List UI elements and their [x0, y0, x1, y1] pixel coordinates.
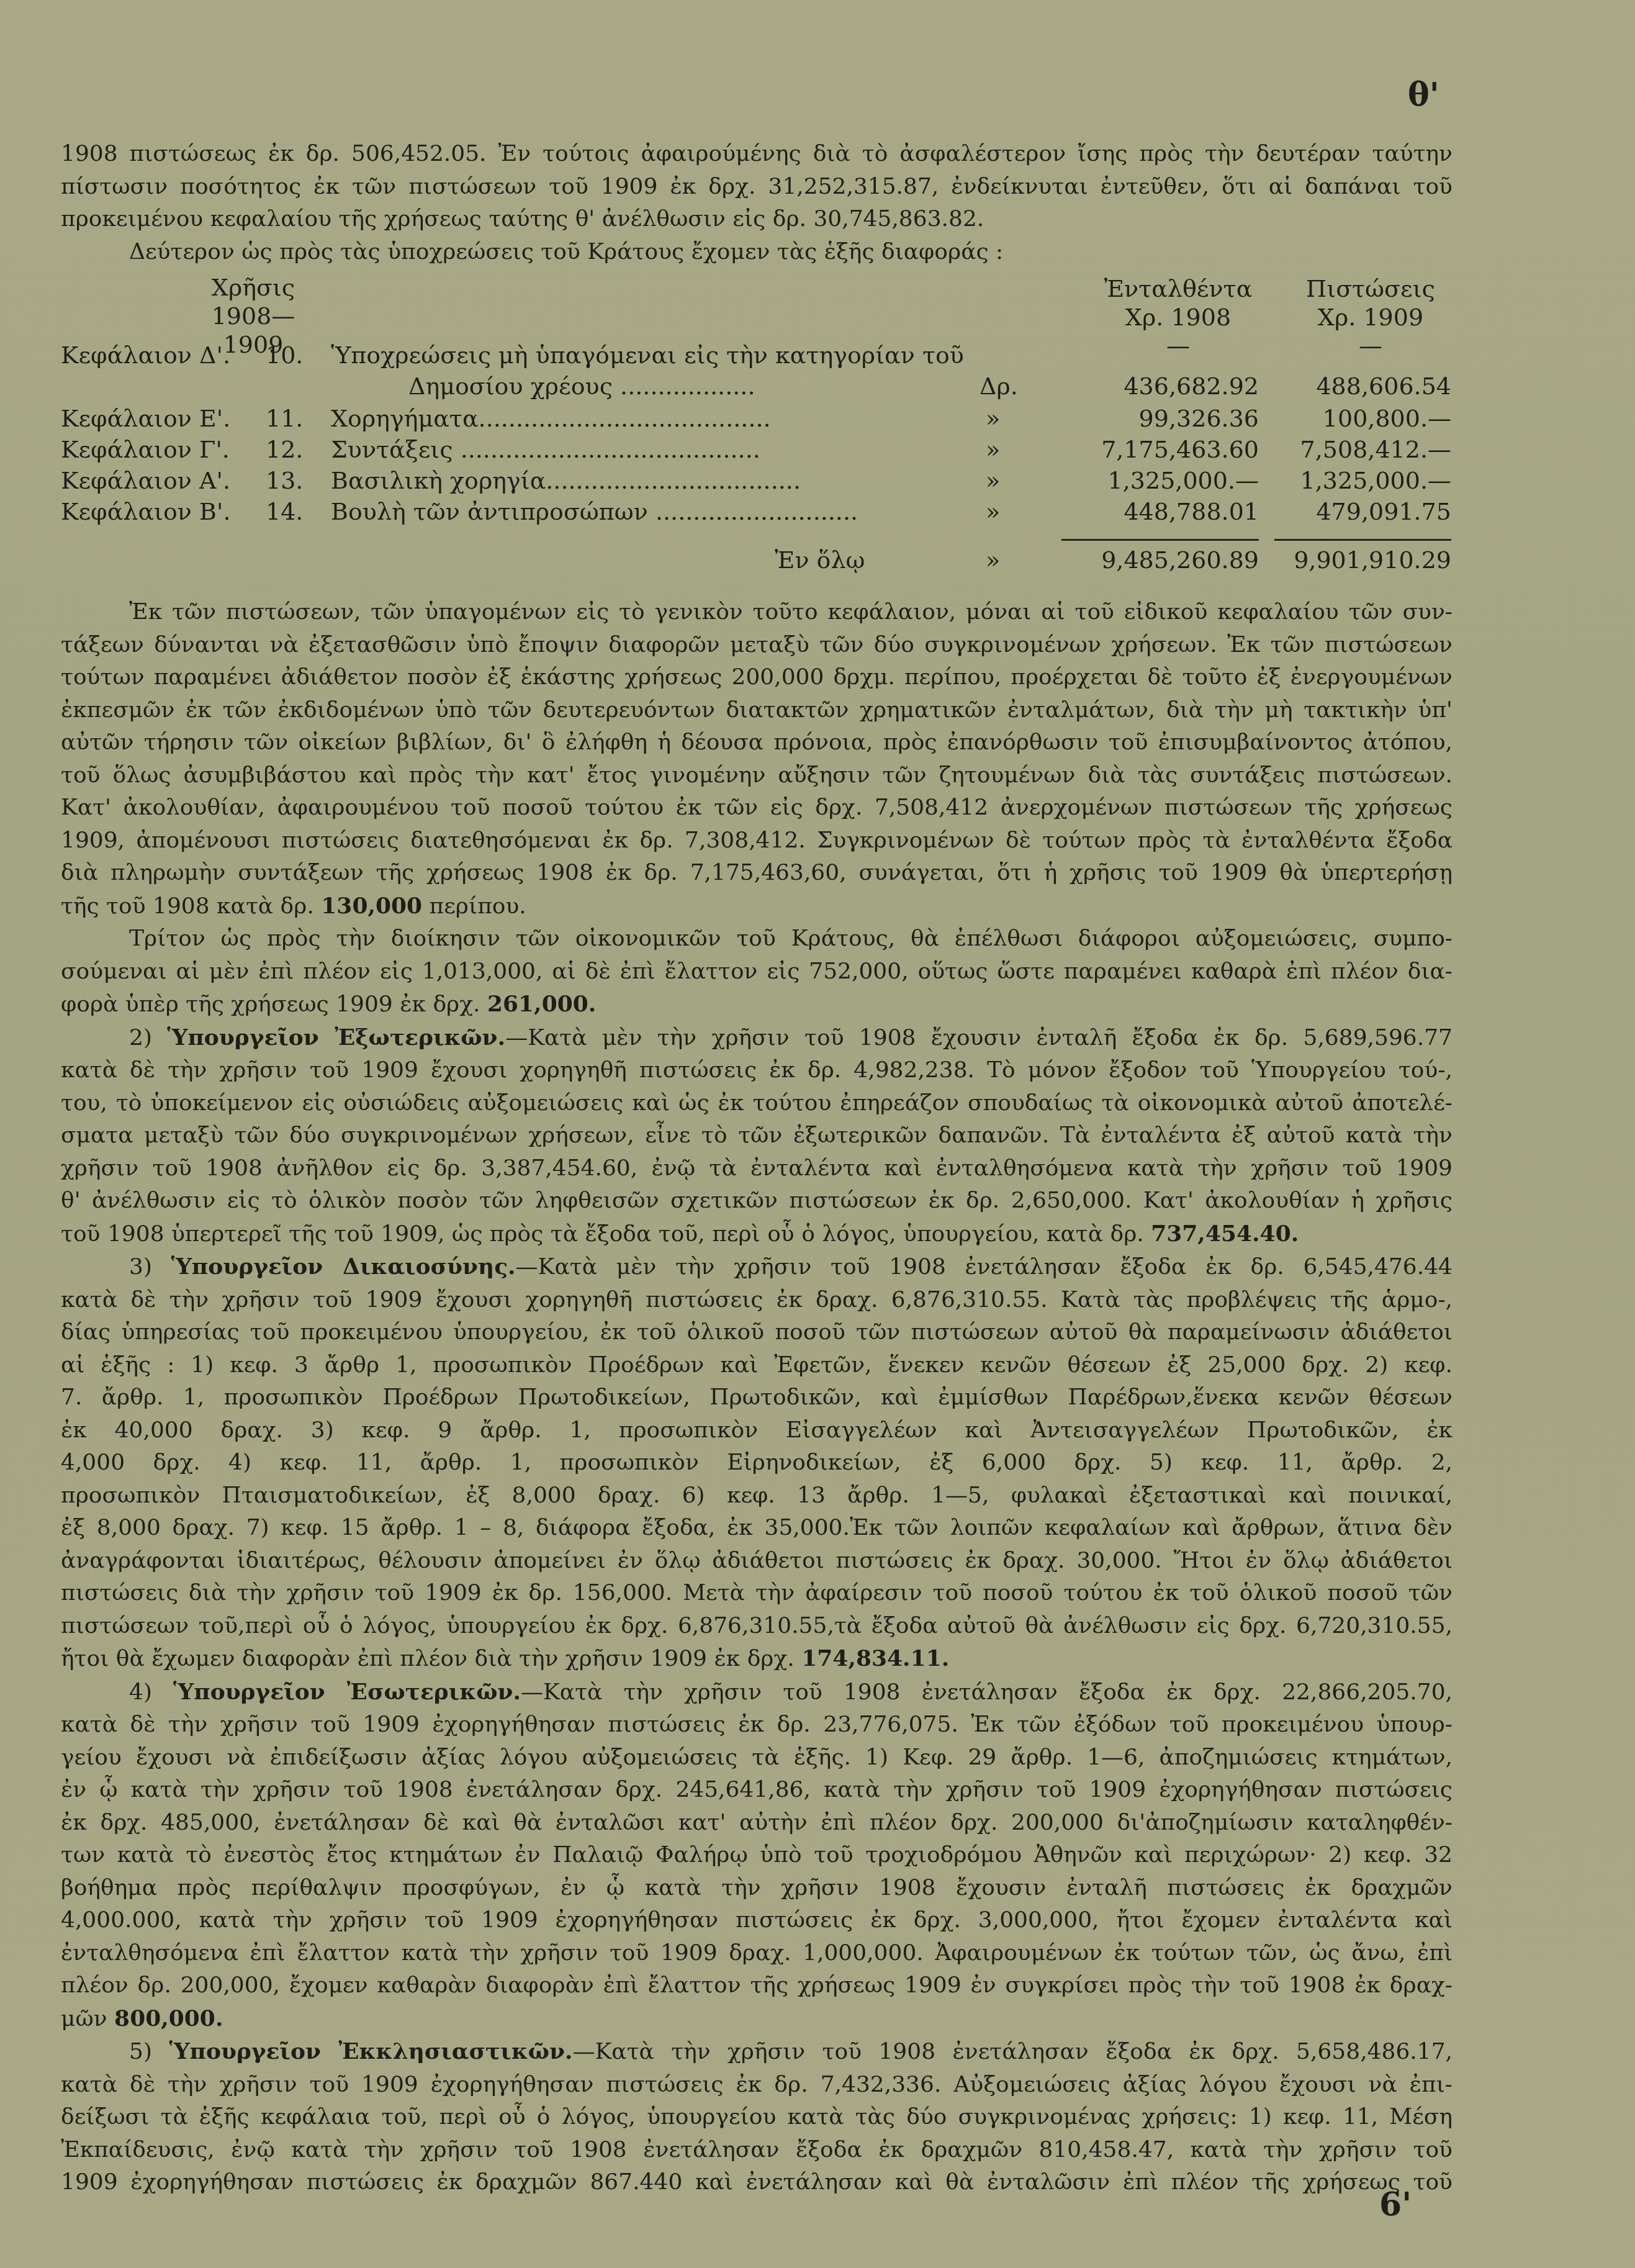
paragraph-line: γείου ἔχουσι νὰ ἐπιδείξωσιν ἀξίας λόγου … [61, 1742, 1453, 1774]
paragraph-line: ἐνταλθησόμενα ἐπὶ ἔλαττον κατὰ τὴν χρῆσι… [61, 1937, 1453, 1970]
paragraph-line: ἐκπεσμῶν ἐκ τῶν ἐκδιδομένων ὑπὸ τῶν δευτ… [61, 694, 1453, 727]
obligations-table: Χρῆσις 1908—1909 Ἐνταλθέντα Χρ. 1908 — Π… [61, 272, 1453, 564]
bold-amount: 800,000. [114, 2005, 223, 2031]
paragraph-line: τούτων παραμένει ἀδιάθετον ποσὸν ἐξ ἑκάσ… [61, 661, 1453, 694]
page-signature-bottom: 6' [1379, 2185, 1412, 2223]
paragraph-line: κατὰ δὲ τὴν χρῆσιν τοῦ 1909 ἐχορηγήθησαν… [61, 2069, 1453, 2102]
paragraph-line: Κατ' ἀκολουθίαν, ἀφαιρουμένου τοῦ ποσοῦ … [61, 792, 1453, 825]
paragraph-line: ἐκ 40,000 δραχ. 3) κεφ. 9 ἄρθρ. 1, προσω… [61, 1414, 1453, 1447]
paragraph-line: σματα μεταξὺ τῶν δύο συγκρινομένων χρήσε… [61, 1119, 1453, 1152]
intro-line: Δεύτερον ὡς πρὸς τὰς ὑποχρεώσεις τοῦ Κρά… [61, 236, 1453, 269]
paragraph-line: 1909 ἐχορηγήθησαν πιστώσεις ἐκ δραχμῶν 8… [61, 2166, 1453, 2199]
table-row-continuation: Δημοσίου χρέους .................. Δρ. 4… [61, 370, 1453, 402]
paragraph-line: Ἐκπαίδευσις, ἐνῷ κατὰ τὴν χρῆσιν τοῦ 190… [61, 2134, 1453, 2167]
sum-rule-b [1274, 539, 1451, 541]
bold-amount: 174,834.11. [801, 1645, 949, 1671]
paragraph-line: του, τὸ ὑποκείμενον εἰς οὐσιώδεις αὐξομε… [61, 1087, 1453, 1120]
section-heading-line: 2) Ὑπουργεῖον Ἐξωτερικῶν.—Κατὰ μὲν τὴν χ… [61, 1021, 1453, 1055]
paragraph-line: τῆς τοῦ 1908 κατὰ δρ. 130,000 περίπου. [61, 890, 1453, 923]
section-title: Ὑπουργεῖον Δικαιοσύνης. [171, 1254, 516, 1280]
intro-line: προκειμένου κεφαλαίου τῆς χρήσεως ταύτης… [61, 203, 1453, 236]
bold-amount: 737,454.40. [1151, 1221, 1299, 1247]
section-title: Ὑπουργεῖον Ἐξωτερικῶν. [167, 1024, 505, 1050]
paragraph-line: τοῦ 1908 ὑπερτερεῖ τῆς τοῦ 1909, ὡς πρὸς… [61, 1218, 1453, 1251]
page-signature-top: θ' [1408, 76, 1439, 114]
paragraph-line: τοῦ ὅλως ἀσυμβιβάστου καὶ πρὸς τὴν κατ' … [61, 759, 1453, 792]
paragraph-line: θ' ἀνέλθωσιν εἰς τὸ ὁλικὸν ποσὸν τῶν ληφ… [61, 1185, 1453, 1218]
paragraph-line: πλέον δρ. 200,000, ἔχομεν καθαρὰν διαφορ… [61, 1969, 1453, 2002]
bold-amount: 261,000. [487, 991, 596, 1017]
intro-line: πίστωσιν ποσότητος ἐκ τῶν πιστώσεων τοῦ … [61, 171, 1453, 204]
paragraph-line: 7. ἄρθρ. 1, προσωπικὸν Προέδρων Πρωτοδικ… [61, 1381, 1453, 1414]
bold-amount: 130,000 [321, 893, 422, 919]
paragraph-line: διὰ πληρωμὴν συντάξεων τῆς χρήσεως 1908 … [61, 857, 1453, 890]
paragraph-line: κατὰ δὲ τὴν χρῆσιν τοῦ 1909 ἔχουσι χορηγ… [61, 1284, 1453, 1317]
section-title: Ὑπουργεῖον Ἐσωτερικῶν. [173, 1679, 521, 1705]
table-row: Κεφάλαιον Ε'. 11. Χορηγήματα............… [61, 402, 1453, 435]
section-title: Ὑπουργεῖον Ἐκκλησιαστικῶν. [169, 2038, 572, 2064]
paragraph-line: κατὰ δὲ τὴν χρῆσιν τοῦ 1909 ἐχορηγήθησαν… [61, 1709, 1453, 1742]
document-page: θ' 1908 πιστώσεως ἐκ δρ. 506,452.05. Ἐν … [0, 0, 1635, 2268]
paragraph-line: ἐκ δρχ. 485,000, ἐνετάλησαν δὲ καὶ θὰ ἐν… [61, 1807, 1453, 1840]
paragraph-line: χρῆσιν τοῦ 1908 ἀνῆλθον εἰς δρ. 3,387,45… [61, 1152, 1453, 1185]
paragraph-line: Ἐκ τῶν πιστώσεων, τῶν ὑπαγομένων εἰς τὸ … [61, 596, 1453, 629]
section-heading-line: 3) Ὑπουργεῖον Δικαιοσύνης.—Κατὰ μὲν τὴν … [61, 1250, 1453, 1284]
paragraph-line: αἱ ἑξῆς : 1) κεφ. 3 ἄρθρ 1, προσωπικὸν Π… [61, 1349, 1453, 1382]
table-row: Κεφάλαιον Β'. 14. Βουλὴ τῶν ἀντιπροσώπων… [61, 495, 1453, 528]
paragraph-line: πιστώσεις διὰ τὴν χρῆσιν τοῦ 1909 ἐκ δρ.… [61, 1577, 1453, 1610]
paragraph-line: Τρίτον ὡς πρὸς τὴν διοίκησιν τῶν οἰκονομ… [61, 923, 1453, 956]
table-row: Κεφάλαιον Δ'. 10. Ὑποχρεώσεις μὴ ὑπαγόμε… [61, 339, 1453, 371]
paragraph-line: πιστώσεων τοῦ,περὶ οὗ ὁ λόγος, ὑπουργείο… [61, 1610, 1453, 1643]
paragraph-line: κατὰ δὲ τὴν χρῆσιν τοῦ 1909 ἔχουσι χορηγ… [61, 1054, 1453, 1087]
paragraph-line: ἤτοι θὰ ἔχωμεν διαφορὰν ἐπὶ πλέον διὰ τὴ… [61, 1642, 1453, 1676]
sum-rule-a [1061, 539, 1259, 541]
paragraph-line: βοήθημα πρὸς περίθαλψιν προσφύγων, ἐν ᾧ … [61, 1872, 1453, 1905]
paragraph-line: 4,000.000, κατὰ τὴν χρῆσιν τοῦ 1909 ἐχορ… [61, 1904, 1453, 1937]
intro-line: 1908 πιστώσεως ἐκ δρ. 506,452.05. Ἐν τού… [61, 138, 1453, 171]
paragraph-line: δίας ὑπηρεσίας τοῦ προκειμένου ὑπουργείο… [61, 1316, 1453, 1349]
section-heading-line: 4) Ὑπουργεῖον Ἐσωτερικῶν.—Κατὰ τὴν χρῆσι… [61, 1676, 1453, 1709]
paragraph-line: φορὰ ὑπὲρ τῆς χρήσεως 1909 ἐκ δρχ. 261,0… [61, 988, 1453, 1021]
table-row: Κεφάλαιον Α'. 13. Βασιλικὴ χορηγία......… [61, 464, 1453, 497]
paragraph-line: 4,000 δρχ. 4) κεφ. 11, ἄρθρ. 1, προσωπικ… [61, 1447, 1453, 1480]
paragraph-line: ἐξ 8,000 δραχ. 7) κεφ. 15 ἄρθρ. 1 – 8, δ… [61, 1512, 1453, 1545]
paragraph-line: δείξωσι τὰ ἑξῆς κεφάλαια τοῦ, περὶ οὗ ὁ … [61, 2101, 1453, 2134]
document-body: 1908 πιστώσεως ἐκ δρ. 506,452.05. Ἐν τού… [61, 138, 1453, 2199]
paragraph-line: μῶν 800,000. [61, 2002, 1453, 2036]
table-total-row: Ἐν ὅλῳ » 9,485,260.89 9,901,910.29 [61, 544, 1453, 576]
paragraph-line: ἐν ᾧ κατὰ τὴν χρῆσιν τοῦ 1908 ἐνετάλησαν… [61, 1774, 1453, 1807]
paragraph-line: προσωπικὸν Πταισματοδικείων, ἐξ 8,000 δρ… [61, 1480, 1453, 1512]
paragraph-line: ἀναγράφονται ἰδιαιτέρως, θέλουσιν ἀπομεί… [61, 1545, 1453, 1578]
paragraph-line: σούμεναι αἱ μὲν ἐπὶ πλέον εἰς 1,013,000,… [61, 956, 1453, 988]
section-heading-line: 5) Ὑπουργεῖον Ἐκκλησιαστικῶν.—Κατὰ τὴν χ… [61, 2035, 1453, 2069]
paragraph-line: 1909, ἀπομένουσι πιστώσεις διατεθησόμενα… [61, 825, 1453, 857]
paragraph-line: αὐτῶν τήρησιν τῶν οἰκείων βιβλίων, δι' ὃ… [61, 726, 1453, 759]
paragraph-line: των κατὰ τὸ ἐνεστὸς ἔτος κτημάτων ἐν Παλ… [61, 1839, 1453, 1872]
table-row: Κεφάλαιον Γ'. 12. Συντάξεις ............… [61, 433, 1453, 466]
paragraph-line: τάξεων δύνανται νὰ ἐξετασθῶσιν ὑπὸ ἔποψι… [61, 629, 1453, 662]
